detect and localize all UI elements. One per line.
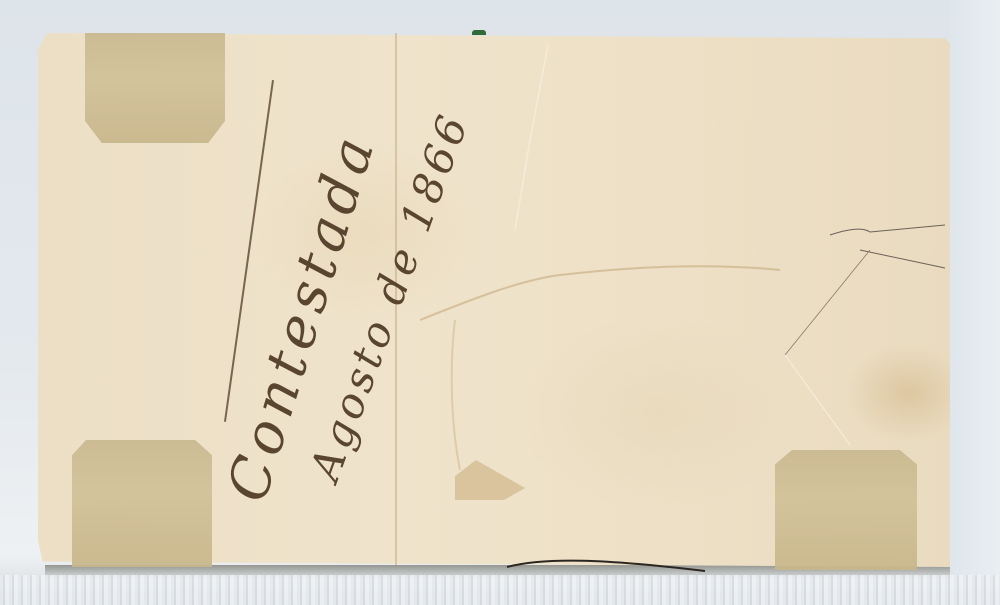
paper-tear: [0, 0, 1000, 605]
ink-stroke: [505, 555, 725, 575]
